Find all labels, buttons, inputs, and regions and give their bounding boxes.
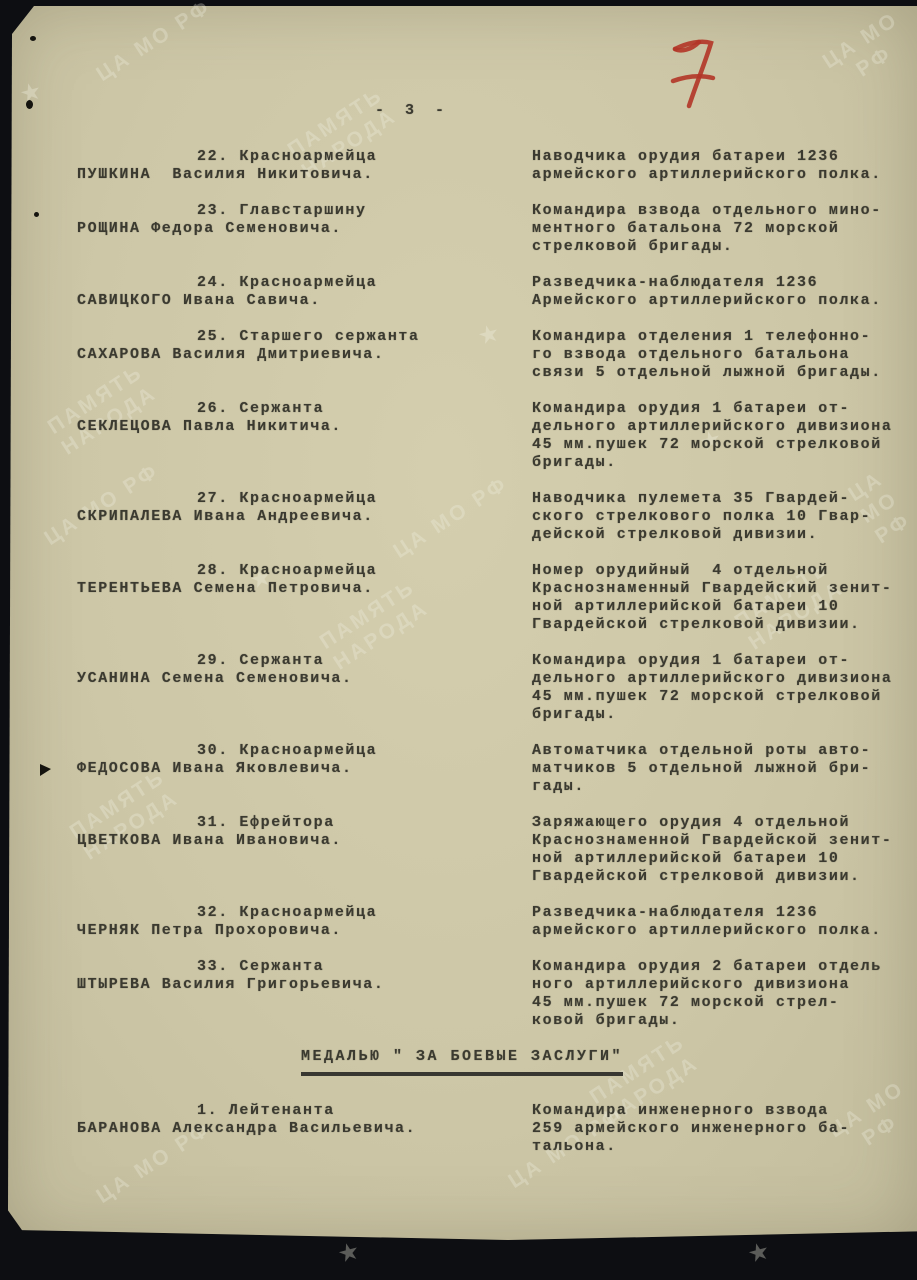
entry-name: САХАРОВА Василия Дмитриевича.: [77, 346, 532, 364]
entry-citation: Разведчика-наблюдателя 1236 армейского а…: [532, 904, 911, 940]
entry-citation: Наводчика орудия батареи 1236 армейского…: [532, 148, 911, 184]
award-entry-29: 29. СержантаУСАНИНА Семена Семеновича. К…: [77, 652, 911, 724]
star-watermark-icon: ★: [743, 1228, 774, 1274]
scanned-document: ЦА МО РФ ЦА МО РФ ЦА МО РФ ЦА МО РФ ЦА М…: [0, 0, 917, 1280]
entry-name: СЕКЛЕЦОВА Павла Никитича.: [77, 418, 532, 436]
entry-rank: 30. Красноармейца: [77, 742, 532, 760]
entry-citation: Разведчика-наблюдателя 1236 Армейского а…: [532, 274, 911, 310]
entry-name: РОЩИНА Федора Семеновича.: [77, 220, 532, 238]
entry-rank: 23. Главстаршину: [77, 202, 532, 220]
entry-name: ЦВЕТКОВА Ивана Ивановича.: [77, 832, 532, 850]
award-entry-25: 25. Старшего сержантаСАХАРОВА Василия Дм…: [77, 328, 911, 382]
award-entry-23: 23. ГлавстаршинуРОЩИНА Федора Семеновича…: [77, 202, 911, 256]
entry-citation: Командира орудия 1 батареи от- дельного …: [532, 652, 911, 724]
entry-rank: 27. Красноармейца: [77, 490, 532, 508]
entry-citation: Командира орудия 1 батареи от- дельного …: [532, 400, 911, 472]
entry-rank: 24. Красноармейца: [77, 274, 532, 292]
entry-citation: Номер орудийный 4 отдельной Краснознамен…: [532, 562, 911, 634]
award-entry-31: 31. ЕфрейтораЦВЕТКОВА Ивана Ивановича. З…: [77, 814, 911, 886]
entry-rank: 22. Красноармейца: [77, 148, 532, 166]
medal-entry-1: 1. ЛейтенантаБАРАНОВА Александра Василье…: [77, 1102, 911, 1156]
entry-name: ЧЕРНЯК Петра Прохоровича.: [77, 922, 532, 940]
award-entry-22: 22. КрасноармейцаПУШКИНА Василия Никитов…: [77, 148, 911, 184]
entry-name: ШТЫРЕВА Василия Григорьевича.: [77, 976, 532, 994]
award-entry-24: 24. КрасноармейцаСАВИЦКОГО Ивана Савича.…: [77, 274, 911, 310]
entry-name: ФЕДОСОВА Ивана Яковлевича.: [77, 760, 532, 778]
entry-rank: 26. Сержанта: [77, 400, 532, 418]
paper-speck: [26, 100, 33, 109]
paper-speck: [30, 36, 36, 41]
entry-citation: Командира орудия 2 батареи отдель ного а…: [532, 958, 911, 1030]
entry-citation: Автоматчика отдельной роты авто- матчико…: [532, 742, 911, 796]
entry-rank: 33. Сержанта: [77, 958, 532, 976]
paper-speck: [34, 212, 39, 217]
award-entry-30: 30. КрасноармейцаФЕДОСОВА Ивана Яковлеви…: [77, 742, 911, 796]
paper-hole: [40, 764, 51, 776]
typewritten-content: - 3 - 22. КрасноармейцаПУШКИНА Василия Н…: [77, 0, 911, 1174]
entry-rank: 32. Красноармейца: [77, 904, 532, 922]
award-entry-26: 26. СержантаСЕКЛЕЦОВА Павла Никитича. Ко…: [77, 400, 911, 472]
award-entry-28: 28. КрасноармейцаТЕРЕНТЬЕВА Семена Петро…: [77, 562, 911, 634]
entry-citation: Командира взвода отдельного мино- ментно…: [532, 202, 911, 256]
entry-name: ТЕРЕНТЬЕВА Семена Петровича.: [77, 580, 532, 598]
entry-rank: 25. Старшего сержанта: [77, 328, 532, 346]
entry-name: УСАНИНА Семена Семеновича.: [77, 670, 532, 688]
entry-rank: 31. Ефрейтора: [77, 814, 532, 832]
entry-name: СКРИПАЛЕВА Ивана Андреевича.: [77, 508, 532, 526]
entry-citation: Командира отделения 1 телефонно- го взво…: [532, 328, 911, 382]
award-entry-33: 33. СержантаШТЫРЕВА Василия Григорьевича…: [77, 958, 911, 1030]
entry-citation: Командира инженерного взвода 259 армейск…: [532, 1102, 911, 1156]
entry-rank: 1. Лейтенанта: [77, 1102, 532, 1120]
page-number: - 3 -: [375, 102, 911, 120]
entry-name: БАРАНОВА Александра Васильевича.: [77, 1120, 532, 1138]
award-entry-32: 32. КрасноармейцаЧЕРНЯК Петра Прохорович…: [77, 904, 911, 940]
award-entry-27: 27. КрасноармейцаСКРИПАЛЕВА Ивана Андрее…: [77, 490, 911, 544]
entry-name: ПУШКИНА Василия Никитовича.: [77, 166, 532, 184]
entry-name: САВИЦКОГО Ивана Савича.: [77, 292, 532, 310]
entry-citation: Заряжающего орудия 4 отдельной Краснозна…: [532, 814, 911, 886]
entry-rank: 28. Красноармейца: [77, 562, 532, 580]
entry-citation: Наводчика пулемета 35 Гвардей- ского стр…: [532, 490, 911, 544]
entry-rank: 29. Сержанта: [77, 652, 532, 670]
section-heading-medal: МЕДАЛЬЮ " ЗА БОЕВЫЕ ЗАСЛУГИ": [301, 1048, 623, 1076]
